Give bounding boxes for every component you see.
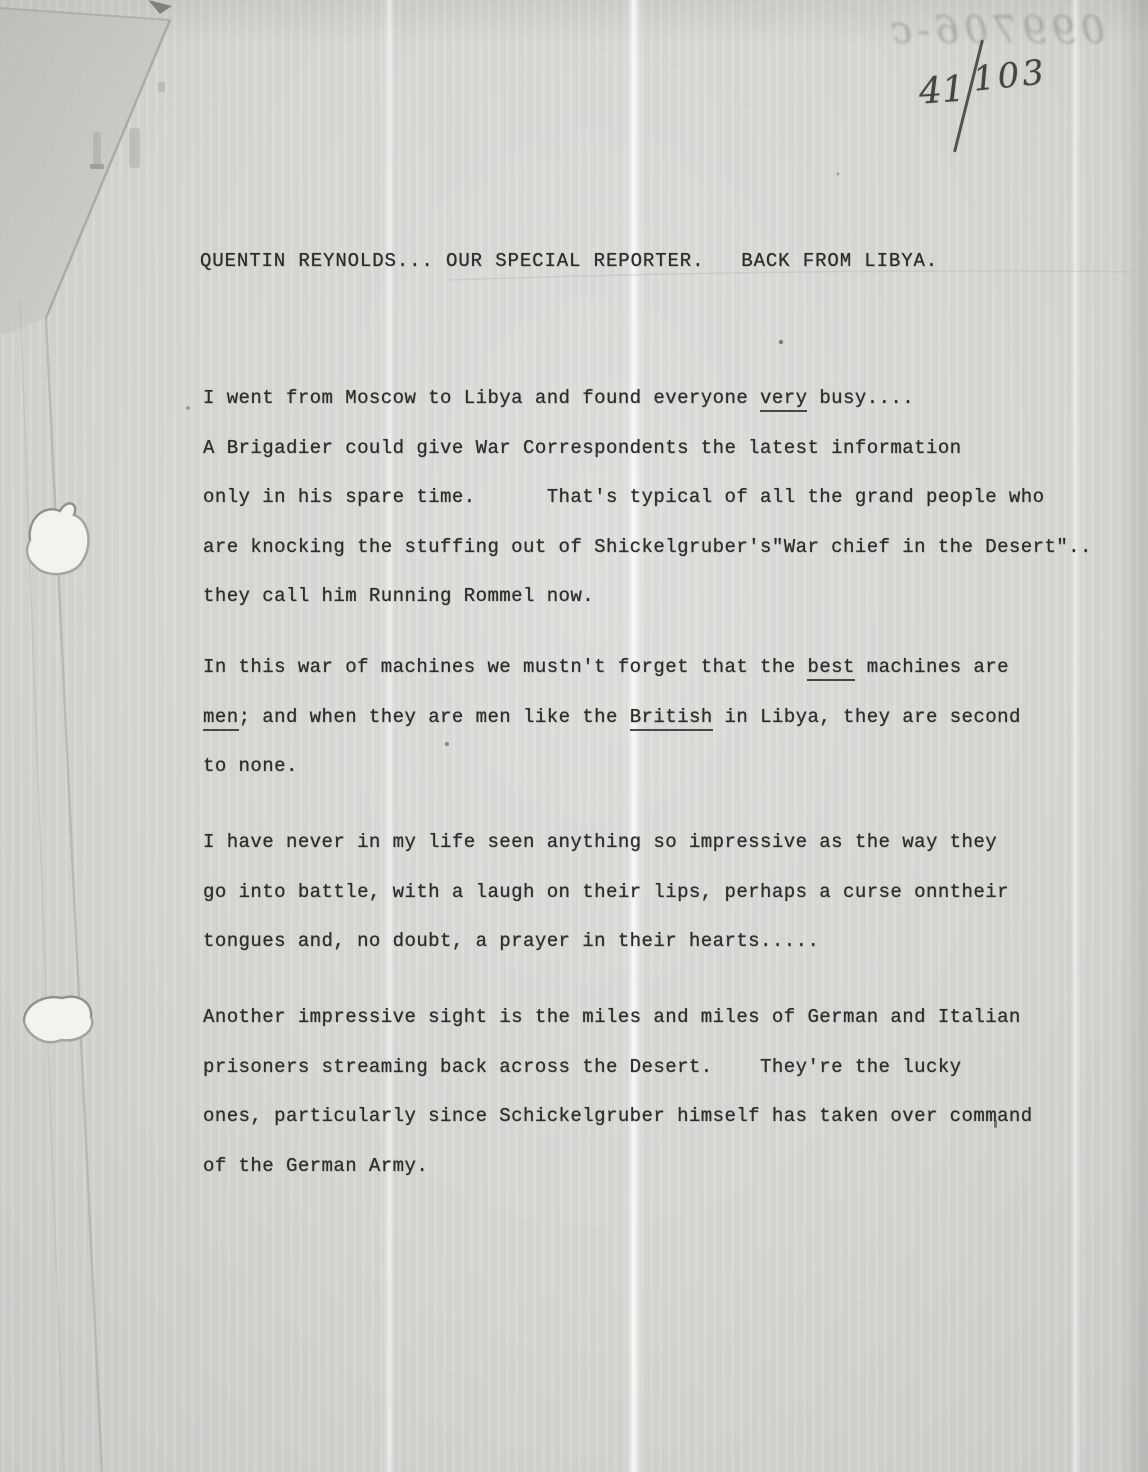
punch-hole-bottom [24, 997, 92, 1042]
text-segment: ones, particularly since Schickelgruber … [203, 1105, 1033, 1127]
staple-marks [90, 82, 165, 169]
text-line: to none. [203, 742, 1021, 792]
handwritten-denominator: 103 [971, 52, 1049, 100]
text-segment: I went from Moscow to Libya and found ev… [203, 387, 760, 409]
text-line: men; and when they are men like the Brit… [203, 693, 1021, 743]
text-line: tongues and, no doubt, a prayer in their… [203, 917, 1009, 967]
text-line: only in his spare time. That's typical o… [203, 473, 1092, 523]
document-title: QUENTIN REYNOLDS... OUR SPECIAL REPORTER… [200, 248, 938, 274]
text-line: I went from Moscow to Libya and found ev… [203, 374, 1092, 424]
text-segment: are knocking the stuffing out of Shickel… [203, 536, 1092, 558]
text-segment: In this war of machines we mustn't forge… [203, 656, 807, 678]
text-line: ones, particularly since Schickelgruber … [203, 1092, 1033, 1142]
text-segment: go into battle, with a laugh on their li… [203, 881, 1009, 903]
text-segment: of the German Army. [203, 1155, 428, 1177]
paragraph-4: Another impressive sight is the miles an… [203, 993, 1033, 1191]
handwritten-numerator: 41 [918, 68, 967, 112]
text-segment: only in his spare time. That's typical o… [203, 486, 1044, 508]
handwritten-page-number: 41 103 [905, 42, 1055, 152]
text-segment: Another impressive sight is the miles an… [203, 1006, 1021, 1028]
text-line: are knocking the stuffing out of Shickel… [203, 523, 1092, 573]
paragraph-3: I have never in my life seen anything so… [203, 818, 1009, 967]
text-segment: A Brigadier could give War Correspondent… [203, 437, 962, 459]
paragraph-2: In this war of machines we mustn't forge… [203, 643, 1021, 792]
text-line: I have never in my life seen anything so… [203, 818, 1009, 868]
text-segment: I have never in my life seen anything so… [203, 831, 997, 853]
text-segment: they call him Running Rommel now. [203, 585, 594, 607]
paragraph-1: I went from Moscow to Libya and found ev… [203, 374, 1092, 622]
underlined-word: men [203, 706, 239, 731]
text-segment: in Libya, they are second [713, 706, 1021, 728]
text-line: they call him Running Rommel now. [203, 572, 1092, 622]
text-line: Another impressive sight is the miles an… [203, 993, 1033, 1043]
punch-hole-top [27, 503, 88, 574]
underlined-word: very [760, 387, 807, 412]
text-line: A Brigadier could give War Correspondent… [203, 424, 1092, 474]
text-line: In this war of machines we mustn't forge… [203, 643, 1021, 693]
text-segment: ; and when they are men like the [239, 706, 630, 728]
underlined-word: best [807, 656, 854, 681]
text-segment: busy.... [807, 387, 914, 409]
text-segment: prisoners streaming back across the Dese… [203, 1056, 962, 1078]
corner-fold [0, 0, 172, 336]
left-crease [20, 300, 102, 1472]
text-segment: machines are [855, 656, 1009, 678]
text-segment: tongues and, no doubt, a prayer in their… [203, 930, 819, 952]
scanned-document-page: 099706-c 41 103 QUENTIN REYNOLDS... OUR … [0, 0, 1148, 1472]
text-segment: to none. [203, 755, 298, 777]
text-line: of the German Army. [203, 1142, 1033, 1192]
underlined-word: British [630, 706, 713, 731]
text-line: prisoners streaming back across the Dese… [203, 1043, 1033, 1093]
text-line: go into battle, with a laugh on their li… [203, 868, 1009, 918]
